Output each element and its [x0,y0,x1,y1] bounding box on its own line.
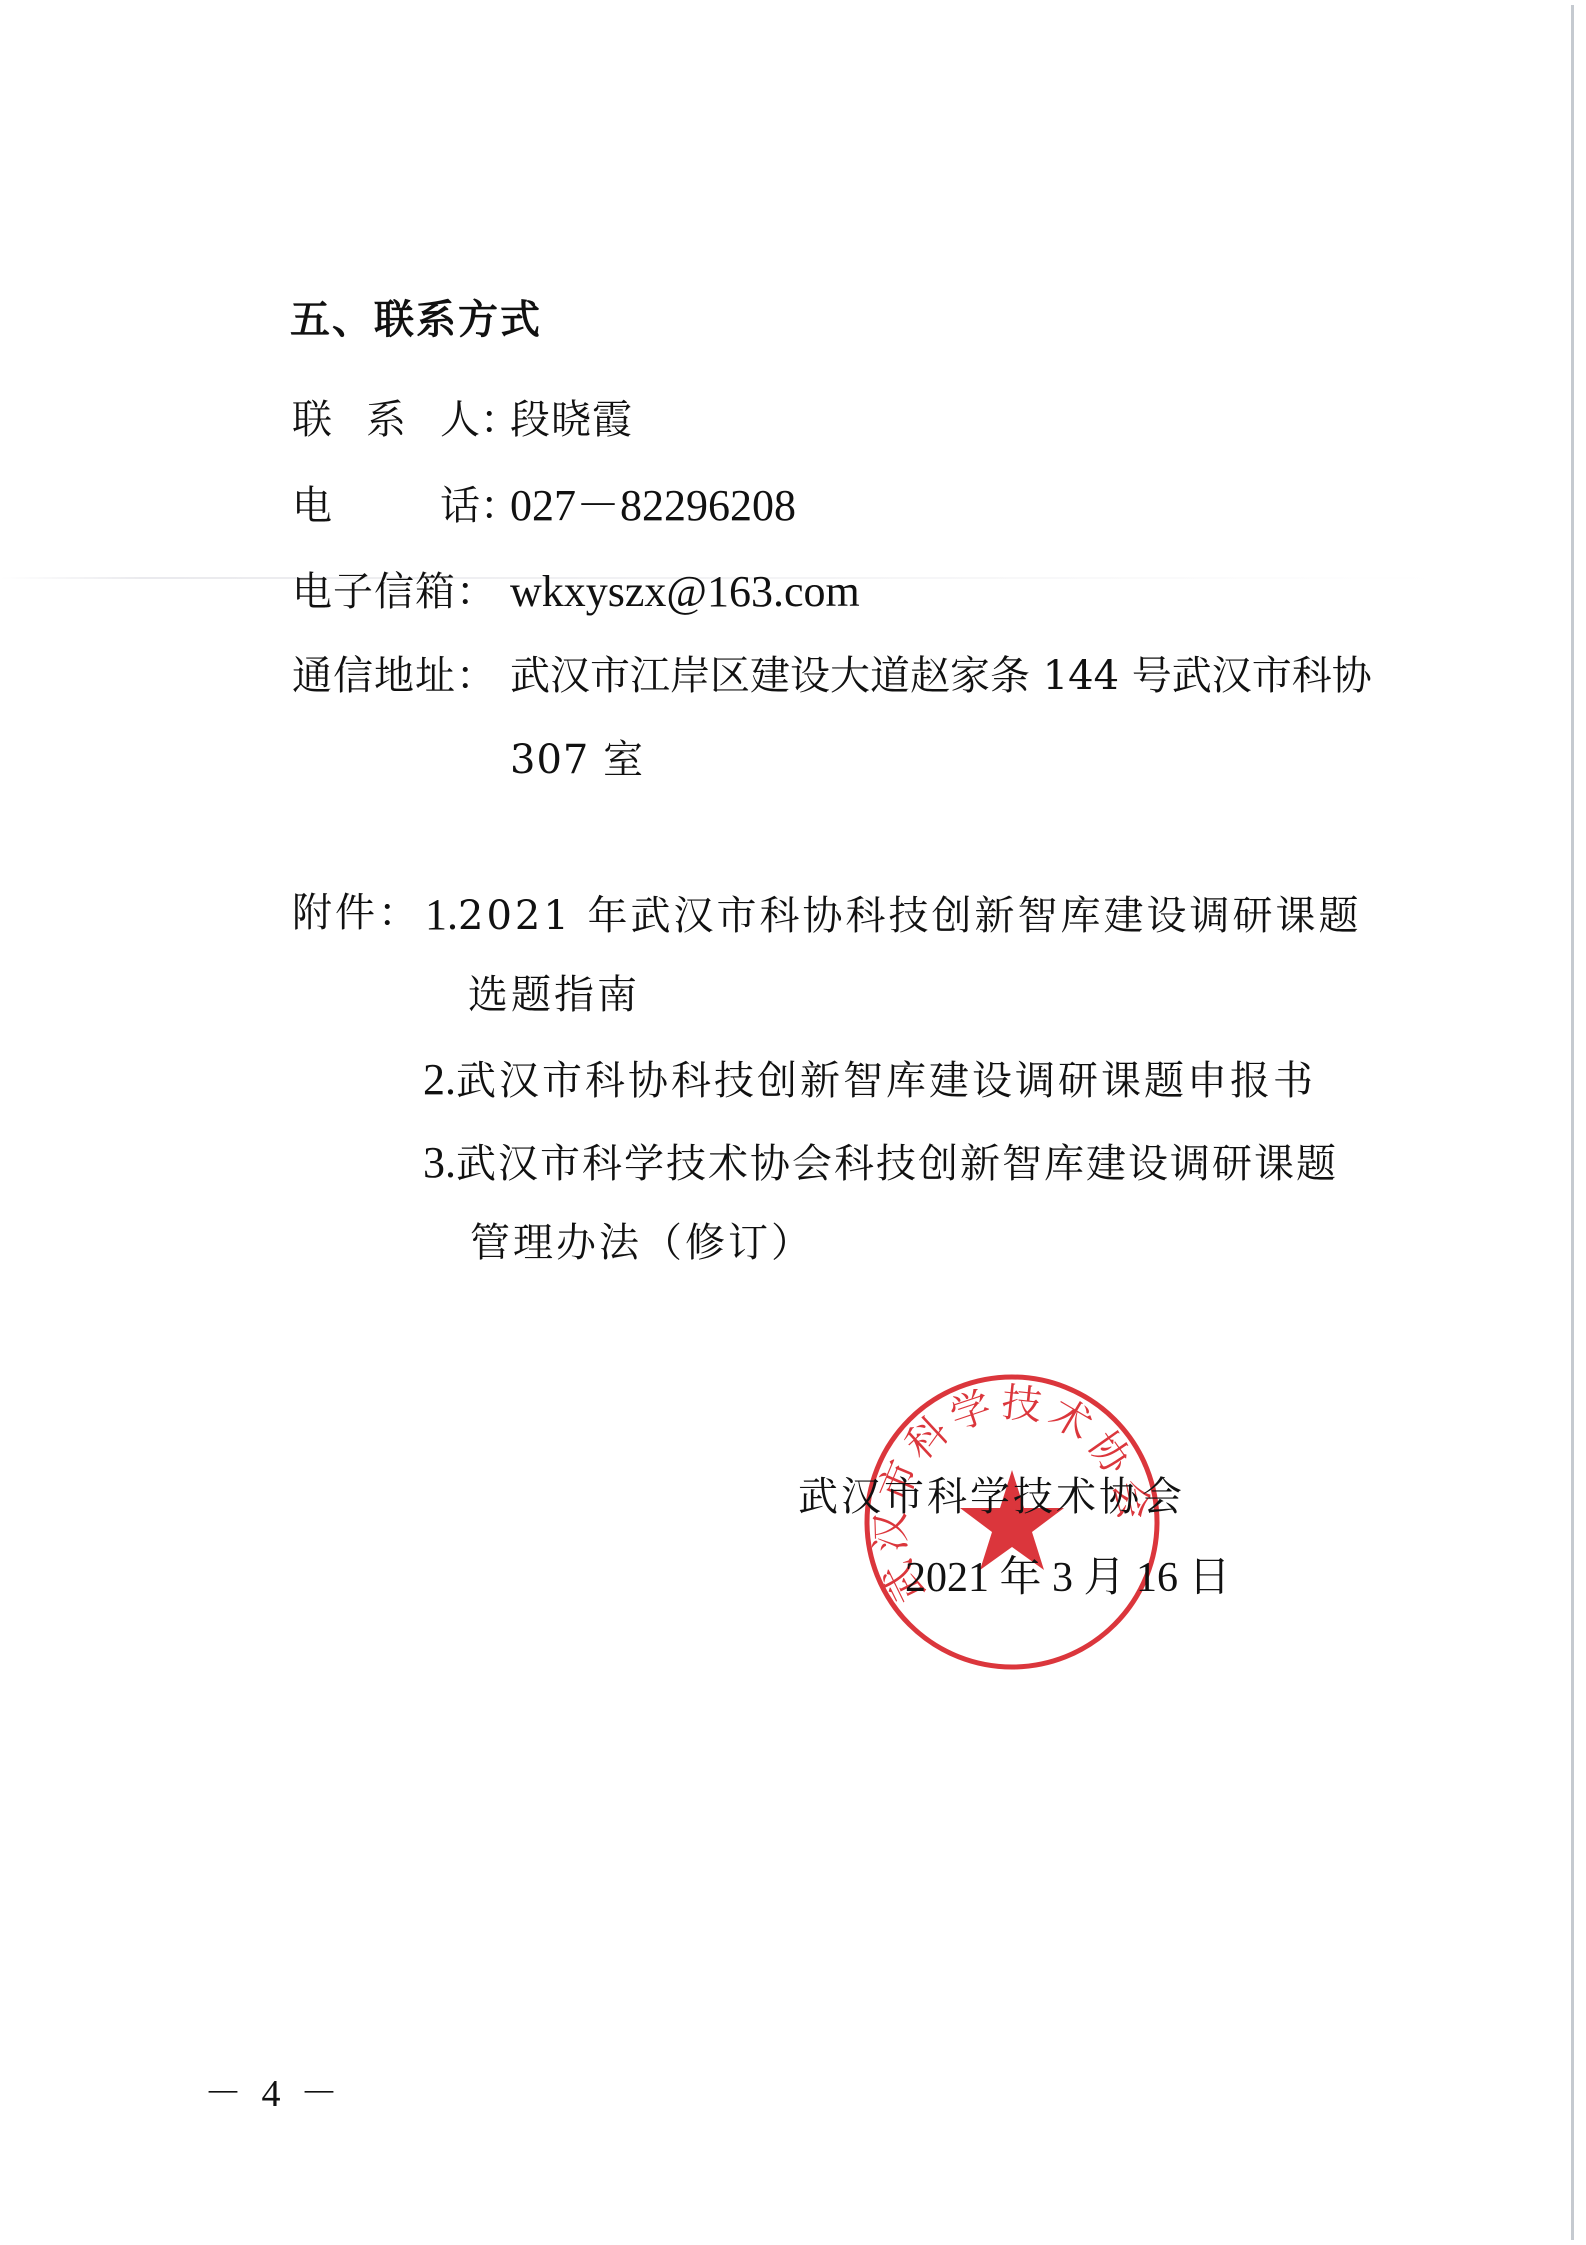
attachment-title: 武汉市科学技术协会科技创新智库建设调研课题 [456,1141,1338,1187]
email-value: wkxyszx@163.com [510,570,860,614]
attachments-label: 附件： [292,893,421,933]
address-value-line1: 武汉市江岸区建设大道赵家条 144 号武汉市科协 [510,656,1372,696]
page-number: － 4 － [204,2075,338,2113]
page-edge-line [1571,5,1574,2240]
phone-label: 电话： [292,486,520,526]
attachment-item-3: 3.武汉市科学技术协会科技创新智库建设调研课题 [423,1141,1338,1185]
attachment-number: 2. [423,1055,456,1104]
address-label: 通信地址： [292,656,497,696]
attachment-number: 1. [425,890,458,939]
label-colon: ： [456,569,497,615]
label-char: 人 [440,397,480,443]
address-value-line2: 307 室 [510,740,644,780]
label-char: 联 [292,397,332,443]
attachment-number: 3. [423,1138,456,1187]
signature-date: 2021 年 3 月 16 日 [905,1557,1231,1599]
attachment-title: 2021 年武汉市科协科技创新智库建设调研课题 [458,893,1362,939]
label-char: 电 [292,483,332,529]
official-seal-icon: 武汉市科学技术协会 [862,1372,1162,1672]
email-label-text: 电子信箱 [292,569,456,615]
attachment-item-3-continued: 管理办法（修订） [470,1223,814,1263]
label-char: 话 [440,483,480,529]
label-char: 系 [366,397,406,443]
phone-value: 027－82296208 [510,484,796,528]
email-label: 电子信箱： [292,572,497,612]
attachment-title: 武汉市科协科技创新智库建设调研课题申报书 [456,1058,1316,1104]
contact-person-value: 段晓霞 [510,400,633,440]
section-heading: 五、联系方式 [290,300,542,340]
attachment-item-2: 2.武汉市科协科技创新智库建设调研课题申报书 [423,1058,1316,1102]
label-colon: ： [456,653,497,699]
address-label-text: 通信地址 [292,653,456,699]
signature-organization: 武汉市科学技术协会 [798,1477,1185,1517]
contact-person-label: 联系人： [292,400,520,440]
attachment-item-1: 1.2021 年武汉市科协科技创新智库建设调研课题 [425,893,1362,937]
attachment-item-1-continued: 选题指南 [468,975,640,1015]
